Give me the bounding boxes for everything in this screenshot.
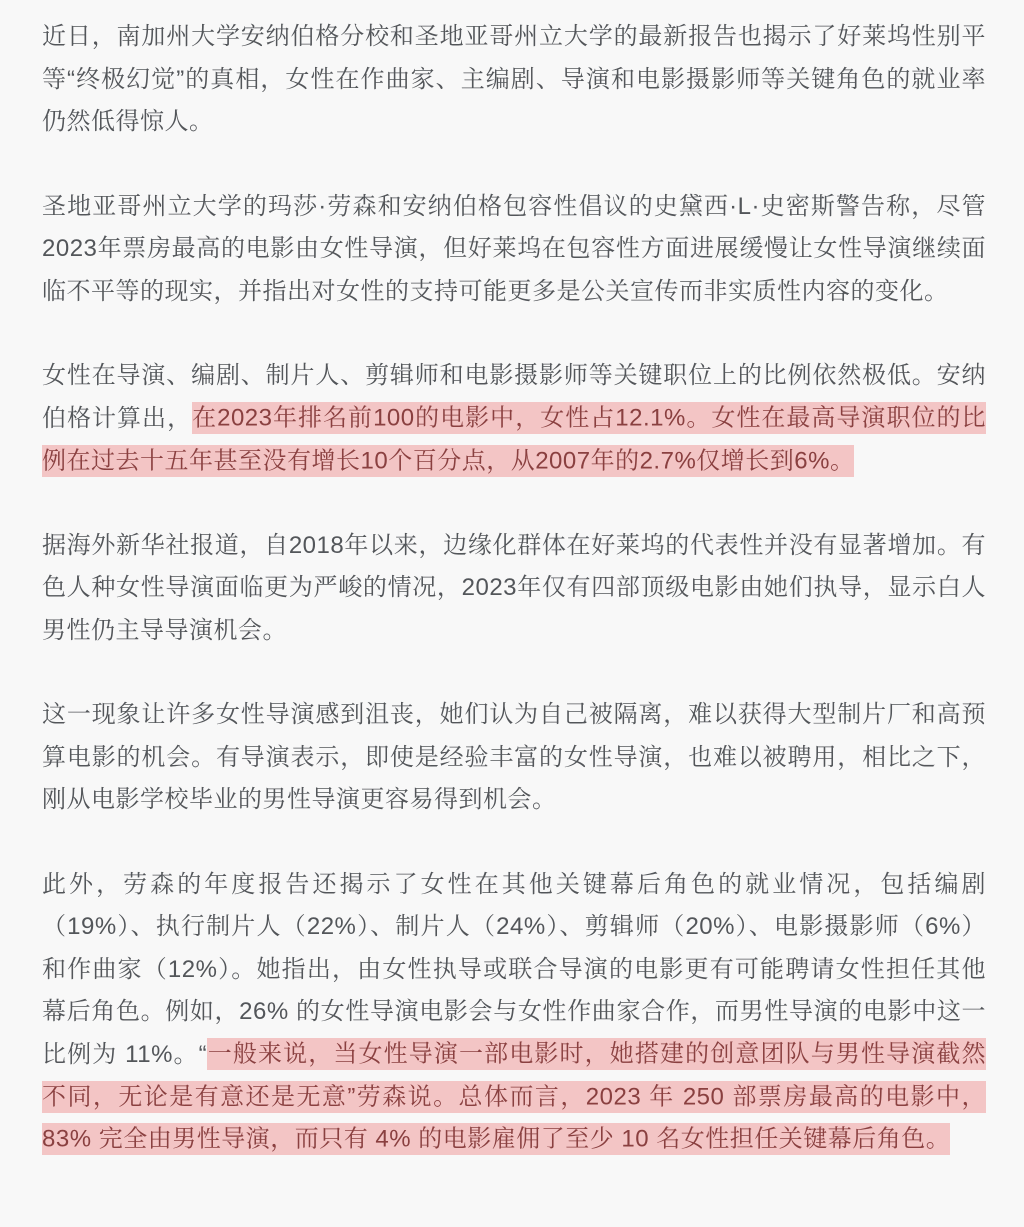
paragraph-annual-report: 此外，劳森的年度报告还揭示了女性在其他关键幕后角色的就业情况，包括编剧（19%）…: [42, 864, 986, 1162]
text-run: 近日，南加州大学安纳伯格分校和圣地亚哥州立大学的最新报告也揭示了好莱坞性别平等“…: [42, 23, 986, 135]
paragraph-intro: 近日，南加州大学安纳伯格分校和圣地亚哥州立大学的最新报告也揭示了好莱坞性别平等“…: [42, 16, 986, 144]
paragraph-xinhua-report: 据海外新华社报道，自2018年以来，边缘化群体在好莱坞的代表性并没有显著增加。有…: [42, 525, 986, 653]
text-run: 圣地亚哥州立大学的玛莎·劳森和安纳伯格包容性倡议的史黛西·L·史密斯警告称，尽管…: [42, 193, 986, 305]
text-run: 这一现象让许多女性导演感到沮丧，她们认为自己被隔离，难以获得大型制片厂和高预算电…: [42, 701, 986, 813]
paragraph-frustration: 这一现象让许多女性导演感到沮丧，她们认为自己被隔离，难以获得大型制片厂和高预算电…: [42, 694, 986, 822]
paragraph-statistics: 女性在导演、编剧、制片人、剪辑师和电影摄影师等关键职位上的比例依然极低。安纳伯格…: [42, 355, 986, 483]
text-run: 据海外新华社报道，自2018年以来，边缘化群体在好莱坞的代表性并没有显著增加。有…: [42, 532, 986, 644]
article-body: 近日，南加州大学安纳伯格分校和圣地亚哥州立大学的最新报告也揭示了好莱坞性别平等“…: [0, 0, 1024, 1161]
paragraph-warning: 圣地亚哥州立大学的玛莎·劳森和安纳伯格包容性倡议的史黛西·L·史密斯警告称，尽管…: [42, 186, 986, 314]
